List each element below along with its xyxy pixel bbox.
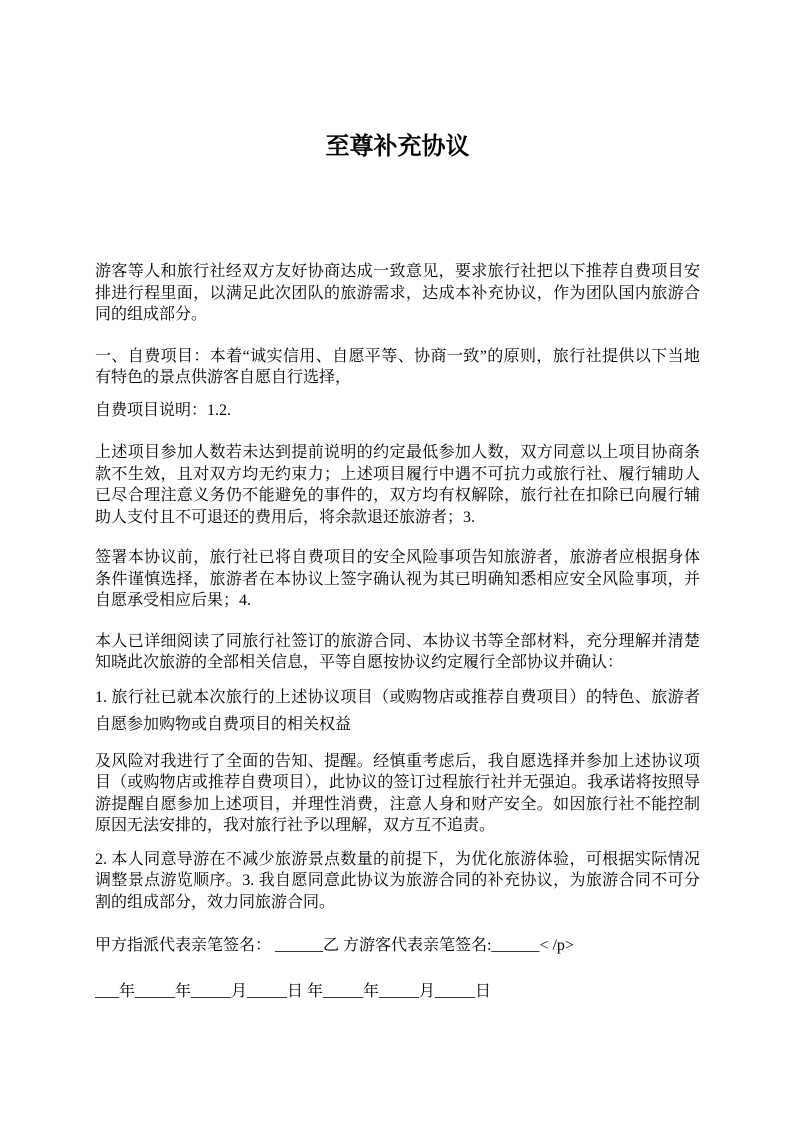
document-title: 至尊补充协议 (95, 132, 700, 162)
paragraph-safety-risk-clause: 签署本协议前，旅行社已将自费项目的安全风险事项告知旅游者，旅游者应根据身体条件谨… (95, 547, 700, 612)
paragraph-clause-1: 1. 旅行社已就本次旅行的上述协议项目（或购物店或推荐自费项目）的特色、旅游者自… (95, 684, 700, 738)
paragraph-intro: 游客等人和旅行社经双方友好协商达成一致意见，要求旅行社把以下推荐自费项目安排进行… (95, 261, 700, 326)
paragraph-min-participants-clause: 上述项目参加人数若未达到提前说明的约定最低参加人数，双方同意以上项目协商条款不生… (95, 442, 700, 528)
paragraph-item-description: 自费项目说明：1.2. (95, 400, 700, 422)
signature-line: 甲方指派代表亲笔签名： ______乙 方游客代表亲笔签名:______< /p… (95, 935, 700, 957)
date-line: ___年_____年_____月_____日 年_____年_____月____… (95, 981, 700, 1003)
document-page: 至尊补充协议 游客等人和旅行社经双方友好协商达成一致意见，要求旅行社把以下推荐自… (0, 0, 793, 1122)
paragraph-read-confirmation: 本人已详细阅读了同旅行社签订的旅游合同、本协议书等全部材料，充分理解并清楚知晓此… (95, 631, 700, 674)
paragraph-clause-2-3: 2. 本人同意导游在不减少旅游景点数量的前提下，为优化旅游体验，可根据实际情况调… (95, 849, 700, 914)
paragraph-self-paid-items: 一、自费项目：本着“诚实信用、自愿平等、协商一致”的原则，旅行社提供以下当地有特… (95, 346, 700, 389)
paragraph-clause-1-continued: 及风险对我进行了全面的告知、提醒。经慎重考虑后，我自愿选择并参加上述协议项目（或… (95, 751, 700, 837)
